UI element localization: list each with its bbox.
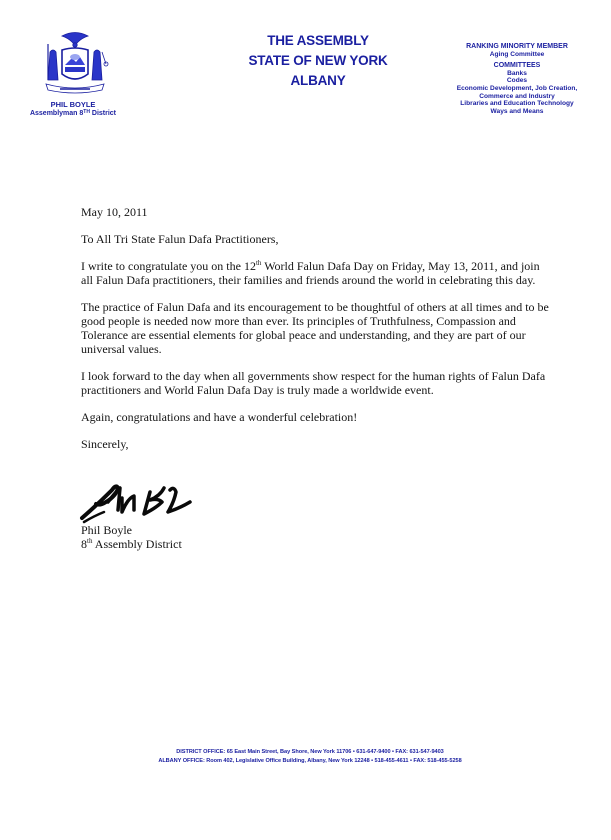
footer-addresses: DISTRICT OFFICE: 65 East Main Street, Ba… [100,748,520,766]
committee-item: Economic Development, Job Creation, [432,85,602,93]
ranking-committee: Aging Committee [432,51,602,59]
member-title-suffix: District [90,110,116,117]
ranking-heading: RANKING MINORITY MEMBER [432,43,602,51]
signature-icon [78,478,238,528]
committee-item: Commerce and Industry [432,93,602,101]
committee-item: Codes [432,77,602,85]
albany-office: ALBANY OFFICE: Room 402, Legislative Off… [100,757,520,766]
committee-block: RANKING MINORITY MEMBER Aging Committee … [432,43,602,115]
signer-district-suffix: Assembly District [92,537,181,551]
committee-item: Banks [432,70,602,78]
letter-body: May 10, 2011 To All Tri State Falun Dafa… [81,205,551,464]
committee-item: Ways and Means [432,108,602,116]
paragraph-4: Again, congratulations and have a wonder… [81,410,551,424]
assembly-line: ALBANY [228,71,408,91]
member-name: PHIL BOYLE [14,100,132,109]
paragraph-1-a: I write to congratulate you on the 12 [81,259,256,273]
member-title-sup: TH [83,109,90,115]
member-block: PHIL BOYLE Assemblyman 8TH District [14,100,132,118]
closing: Sincerely, [81,437,551,451]
member-title-prefix: Assemblyman 8 [30,110,83,117]
paragraph-2: The practice of Falun Dafa and its encou… [81,300,551,356]
paragraph-3: I look forward to the day when all gover… [81,369,551,397]
paragraph-1: I write to congratulate you on the 12th … [81,259,551,287]
salutation: To All Tri State Falun Dafa Practitioner… [81,232,551,246]
assembly-line: STATE OF NEW YORK [228,51,408,71]
district-office: DISTRICT OFFICE: 65 East Main Street, Ba… [100,748,520,757]
state-seal-icon [40,30,110,98]
member-title: Assemblyman 8TH District [14,109,132,118]
assembly-heading: THE ASSEMBLY STATE OF NEW YORK ALBANY [228,31,408,91]
committee-item: Libraries and Education Technology [432,100,602,108]
assembly-line: THE ASSEMBLY [228,31,408,51]
signer-name: Phil Boyle [81,523,182,537]
committees-heading: COMMITTEES [432,62,602,70]
letter-date: May 10, 2011 [81,205,551,219]
signature-block: Phil Boyle 8th Assembly District [81,523,182,551]
signer-district: 8th Assembly District [81,537,182,551]
